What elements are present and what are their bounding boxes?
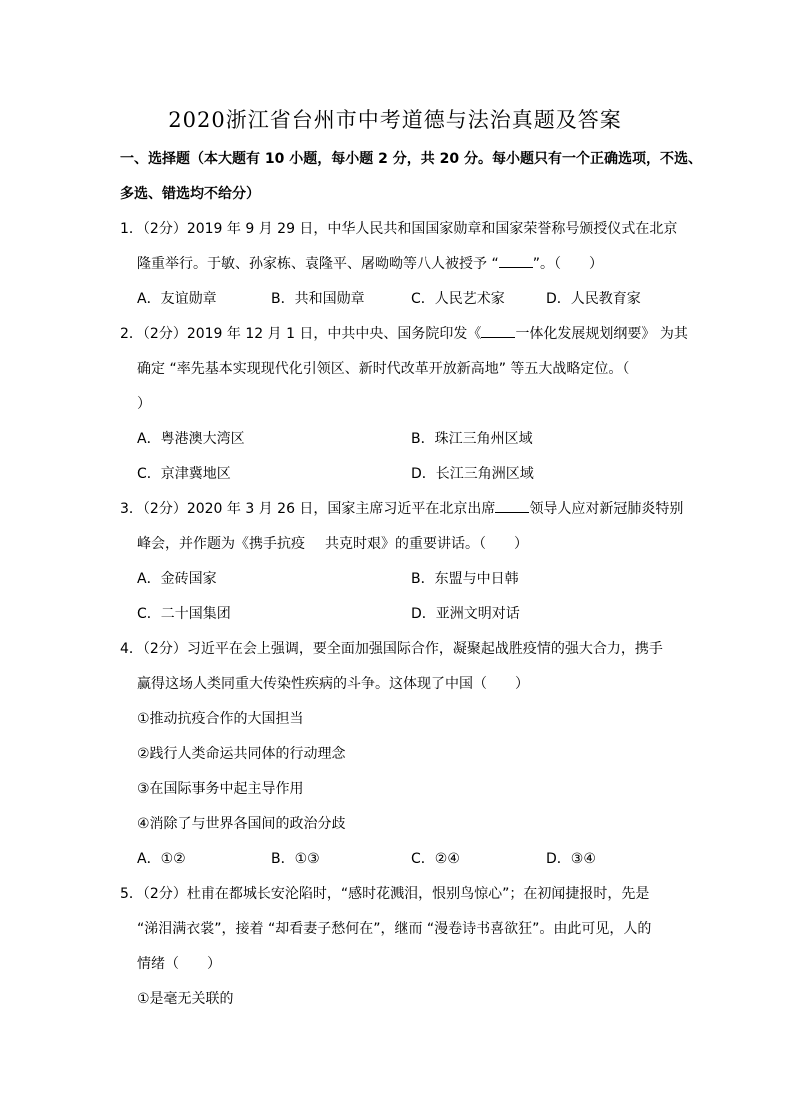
option-d[interactable]: D．亚洲文明对话 (411, 604, 520, 624)
question-stem: 5．（2分）杜甫在都城长安沦陷时，“感时花溅泪，恨别鸟惊心”；在初闻捷报时，先是 (120, 884, 649, 904)
option-a[interactable]: A．粤港澳大湾区 (137, 429, 245, 449)
option-c[interactable]: C．二十国集团 (137, 604, 231, 624)
option-c[interactable]: C．京津冀地区 (137, 464, 231, 484)
option-b[interactable]: B．共和国勋章 (271, 289, 365, 309)
statement-2: ②践行人类命运共同体的行动理念 (137, 744, 346, 764)
statement-1: ①推动抗疫合作的大国担当 (137, 709, 304, 729)
section-heading: 一、选择题（本大题有 10 小题，每小题 2 分，共 20 分。每小题只有一个正… (120, 149, 702, 169)
stem-text: （2分）2019 年 9 月 29 日，中华人民共和国国家勋章和国家荣誉称号颁授… (143, 221, 678, 237)
question-number: 5． (120, 886, 143, 902)
stem-text: 峰会，并作题为《携手抗疫 (137, 536, 305, 552)
question-stem: 1．（2分）2019 年 9 月 29 日，中华人民共和国国家勋章和国家荣誉称号… (120, 219, 677, 239)
option-a[interactable]: A．友谊勋章 (137, 289, 217, 309)
option-a[interactable]: A．①② (137, 849, 186, 869)
question-stem: 2．（2分）2019 年 12 月 1 日，中共中央、国务院印发《一体化发展规划… (120, 324, 688, 344)
question-stem-cont: 隆重举行。于敏、孙家栋、袁隆平、屠呦呦等八人被授予 “”。（ ） (137, 254, 603, 274)
fill-blank (499, 255, 533, 268)
option-d[interactable]: D．③④ (546, 849, 596, 869)
stem-text: （2分）2020 年 3 月 26 日，国家主席习近平在北京出席 (143, 501, 496, 517)
statement-3: ③在国际事务中起主导作用 (137, 779, 304, 799)
question-stem-cont: 赢得这场人类同重大传染性疾病的斗争。这体现了中国（ ） (137, 674, 529, 694)
section-heading-cont: 多选、错选均不给分） (120, 184, 260, 204)
question-stem-cont: 情绪（ ） (137, 954, 221, 974)
question-number: 4． (120, 641, 143, 657)
stem-text: ”。（ ） (533, 256, 603, 272)
question-stem-cont: 确定 “率先基本实现现代化引领区、新时代改革开放新高地” 等五大战略定位。（ (137, 359, 629, 379)
option-d[interactable]: D．人民教育家 (546, 289, 641, 309)
stem-text: （2分）杜甫在都城长安沦陷时，“感时花溅泪，恨别鸟惊心”；在初闻捷报时，先是 (143, 886, 649, 902)
option-b[interactable]: B．珠江三角州区域 (411, 429, 533, 449)
stem-text: 隆重举行。于敏、孙家栋、袁隆平、屠呦呦等八人被授予 “ (137, 256, 499, 272)
question-stem-cont: “涕泪满衣裳”，接着 “却看妻子愁何在”，继而 “漫卷诗书喜欲狂”。由此可见，人… (137, 919, 651, 939)
question-stem: 3．（2分）2020 年 3 月 26 日，国家主席习近平在北京出席领导人应对新… (120, 499, 683, 519)
option-d[interactable]: D．长江三角洲区域 (411, 464, 534, 484)
option-c[interactable]: C．人民艺术家 (411, 289, 505, 309)
question-number: 2． (120, 326, 143, 342)
stem-text: 共克时艰》的重要讲话。（ ） (325, 536, 528, 552)
document-title: 2020浙江省台州市中考道德与法治真题及答案 (0, 104, 790, 134)
stem-text: 一体化发展规划纲要》 为其 (515, 326, 687, 342)
option-b[interactable]: B．东盟与中日韩 (411, 569, 519, 589)
question-stem: 4．（2分）习近平在会上强调，要全面加强国际合作，凝聚起战胜疫情的强大合力，携手 (120, 639, 663, 659)
stem-text: （2分）习近平在会上强调，要全面加强国际合作，凝聚起战胜疫情的强大合力，携手 (143, 641, 663, 657)
question-number: 1． (120, 221, 143, 237)
question-number: 3． (120, 501, 143, 517)
question-stem-cont: 峰会，并作题为《携手抗疫共克时艰》的重要讲话。（ ） (137, 534, 528, 554)
option-a[interactable]: A．金砖国家 (137, 569, 217, 589)
stem-text: （2分）2019 年 12 月 1 日，中共中央、国务院印发《 (143, 326, 482, 342)
fill-blank (495, 500, 529, 513)
option-c[interactable]: C．②④ (411, 849, 460, 869)
statement-1: ①是毫无关联的 (137, 989, 234, 1009)
fill-blank (481, 325, 515, 338)
stem-text: 领导人应对新冠肺炎特别 (529, 501, 683, 517)
statement-4: ④消除了与世界各国间的政治分歧 (137, 814, 346, 834)
option-b[interactable]: B．①③ (271, 849, 320, 869)
question-stem-cont: ） (137, 394, 151, 414)
